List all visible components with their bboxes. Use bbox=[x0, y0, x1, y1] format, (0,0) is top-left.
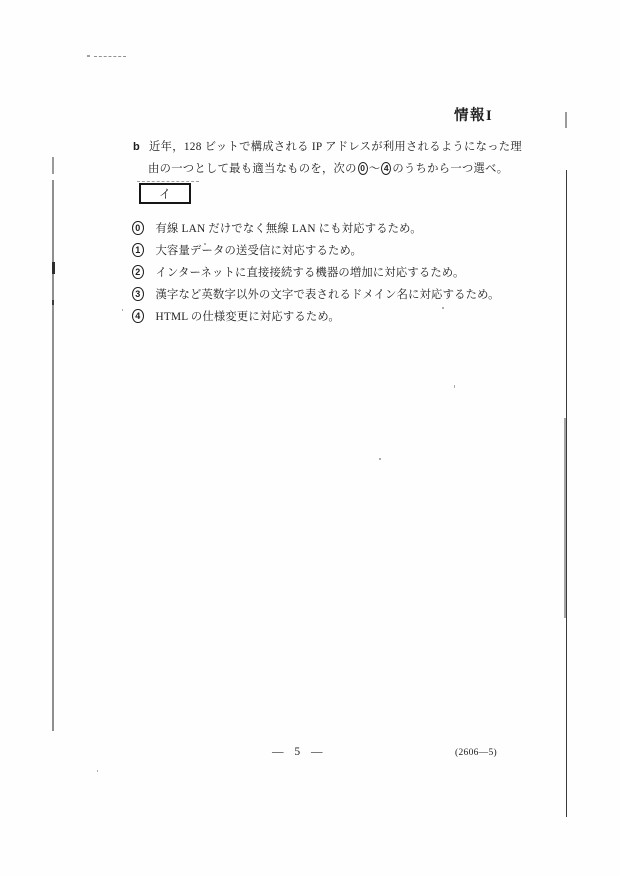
question-line-1: b 近年，128 ビットで構成される IP アドレスが利用されるようになった理 bbox=[133, 138, 522, 154]
question-text-line2-suffix: のうちから一つ選べ。 bbox=[392, 160, 508, 176]
crop-mark-dashes bbox=[94, 56, 126, 57]
option-text: 大容量データの送受信に対応するため。 bbox=[156, 242, 363, 258]
answer-box-dashed-edge bbox=[137, 181, 199, 182]
question-text-tilde: ～ bbox=[369, 160, 381, 176]
scan-speck bbox=[454, 385, 455, 388]
scan-speck bbox=[379, 458, 381, 460]
option-row-3: 3 漢字など英数字以外の文字で表されるドメイン名に対応するため。 bbox=[132, 287, 500, 302]
scan-line-left-blot bbox=[52, 300, 54, 305]
option-text: 漢字など英数字以外の文字で表されるドメイン名に対応するため。 bbox=[156, 286, 500, 302]
circled-digit-1-icon: 1 bbox=[132, 243, 144, 257]
page-number: — 5 — bbox=[272, 746, 324, 758]
option-row-0: 0 有線 LAN だけでなく無線 LAN にも対応するため。 bbox=[132, 221, 500, 236]
circled-digit-3-icon: 3 bbox=[132, 287, 144, 301]
answer-box-label: イ bbox=[159, 185, 171, 202]
option-text: HTML の仕様変更に対応するため。 bbox=[156, 308, 340, 324]
scan-speck bbox=[97, 770, 98, 772]
scan-line-right bbox=[566, 170, 567, 817]
subject-title: 情報I bbox=[454, 104, 493, 125]
exam-page: 情報I b 近年，128 ビットで構成される IP アドレスが利用されるようにな… bbox=[0, 0, 620, 876]
question-text-line1: 近年，128 ビットで構成される IP アドレスが利用されるようになった理 bbox=[149, 138, 522, 154]
answer-box: イ bbox=[139, 183, 191, 204]
scan-speck bbox=[87, 55, 90, 57]
circled-digit-0-icon: 0 bbox=[132, 221, 144, 235]
question-label: b bbox=[133, 141, 140, 153]
scan-line-right-shadow bbox=[564, 418, 566, 618]
document-code: (2606—5) bbox=[455, 748, 497, 758]
option-row-2: 2 インターネットに直接接続する機器の増加に対応するため。 bbox=[132, 265, 500, 280]
question-line-2: 由の一つとして最も適当なものを，次の 0 ～ 4 のうちから一つ選べ。 bbox=[148, 160, 508, 176]
circled-digit-2-icon: 2 bbox=[132, 265, 144, 279]
options-list: 0 有線 LAN だけでなく無線 LAN にも対応するため。 1 大容量データの… bbox=[132, 221, 500, 324]
circled-digit-4-icon: 4 bbox=[381, 162, 391, 175]
option-text: インターネットに直接接続する機器の増加に対応するため。 bbox=[156, 264, 465, 280]
scan-line-left-short bbox=[52, 157, 54, 174]
scan-speck bbox=[122, 309, 123, 311]
option-text: 有線 LAN だけでなく無線 LAN にも対応するため。 bbox=[156, 220, 422, 236]
option-row-4: 4 HTML の仕様変更に対応するため。 bbox=[132, 309, 500, 324]
circled-digit-4-icon: 4 bbox=[132, 309, 144, 323]
scan-line-left-blot bbox=[52, 262, 55, 274]
question-text-line2-prefix: 由の一つとして最も適当なものを，次の bbox=[148, 160, 357, 176]
circled-digit-0-icon: 0 bbox=[358, 162, 368, 175]
scan-line-right-short bbox=[565, 112, 567, 128]
option-row-1: 1 大容量データの送受信に対応するため。 bbox=[132, 243, 500, 258]
